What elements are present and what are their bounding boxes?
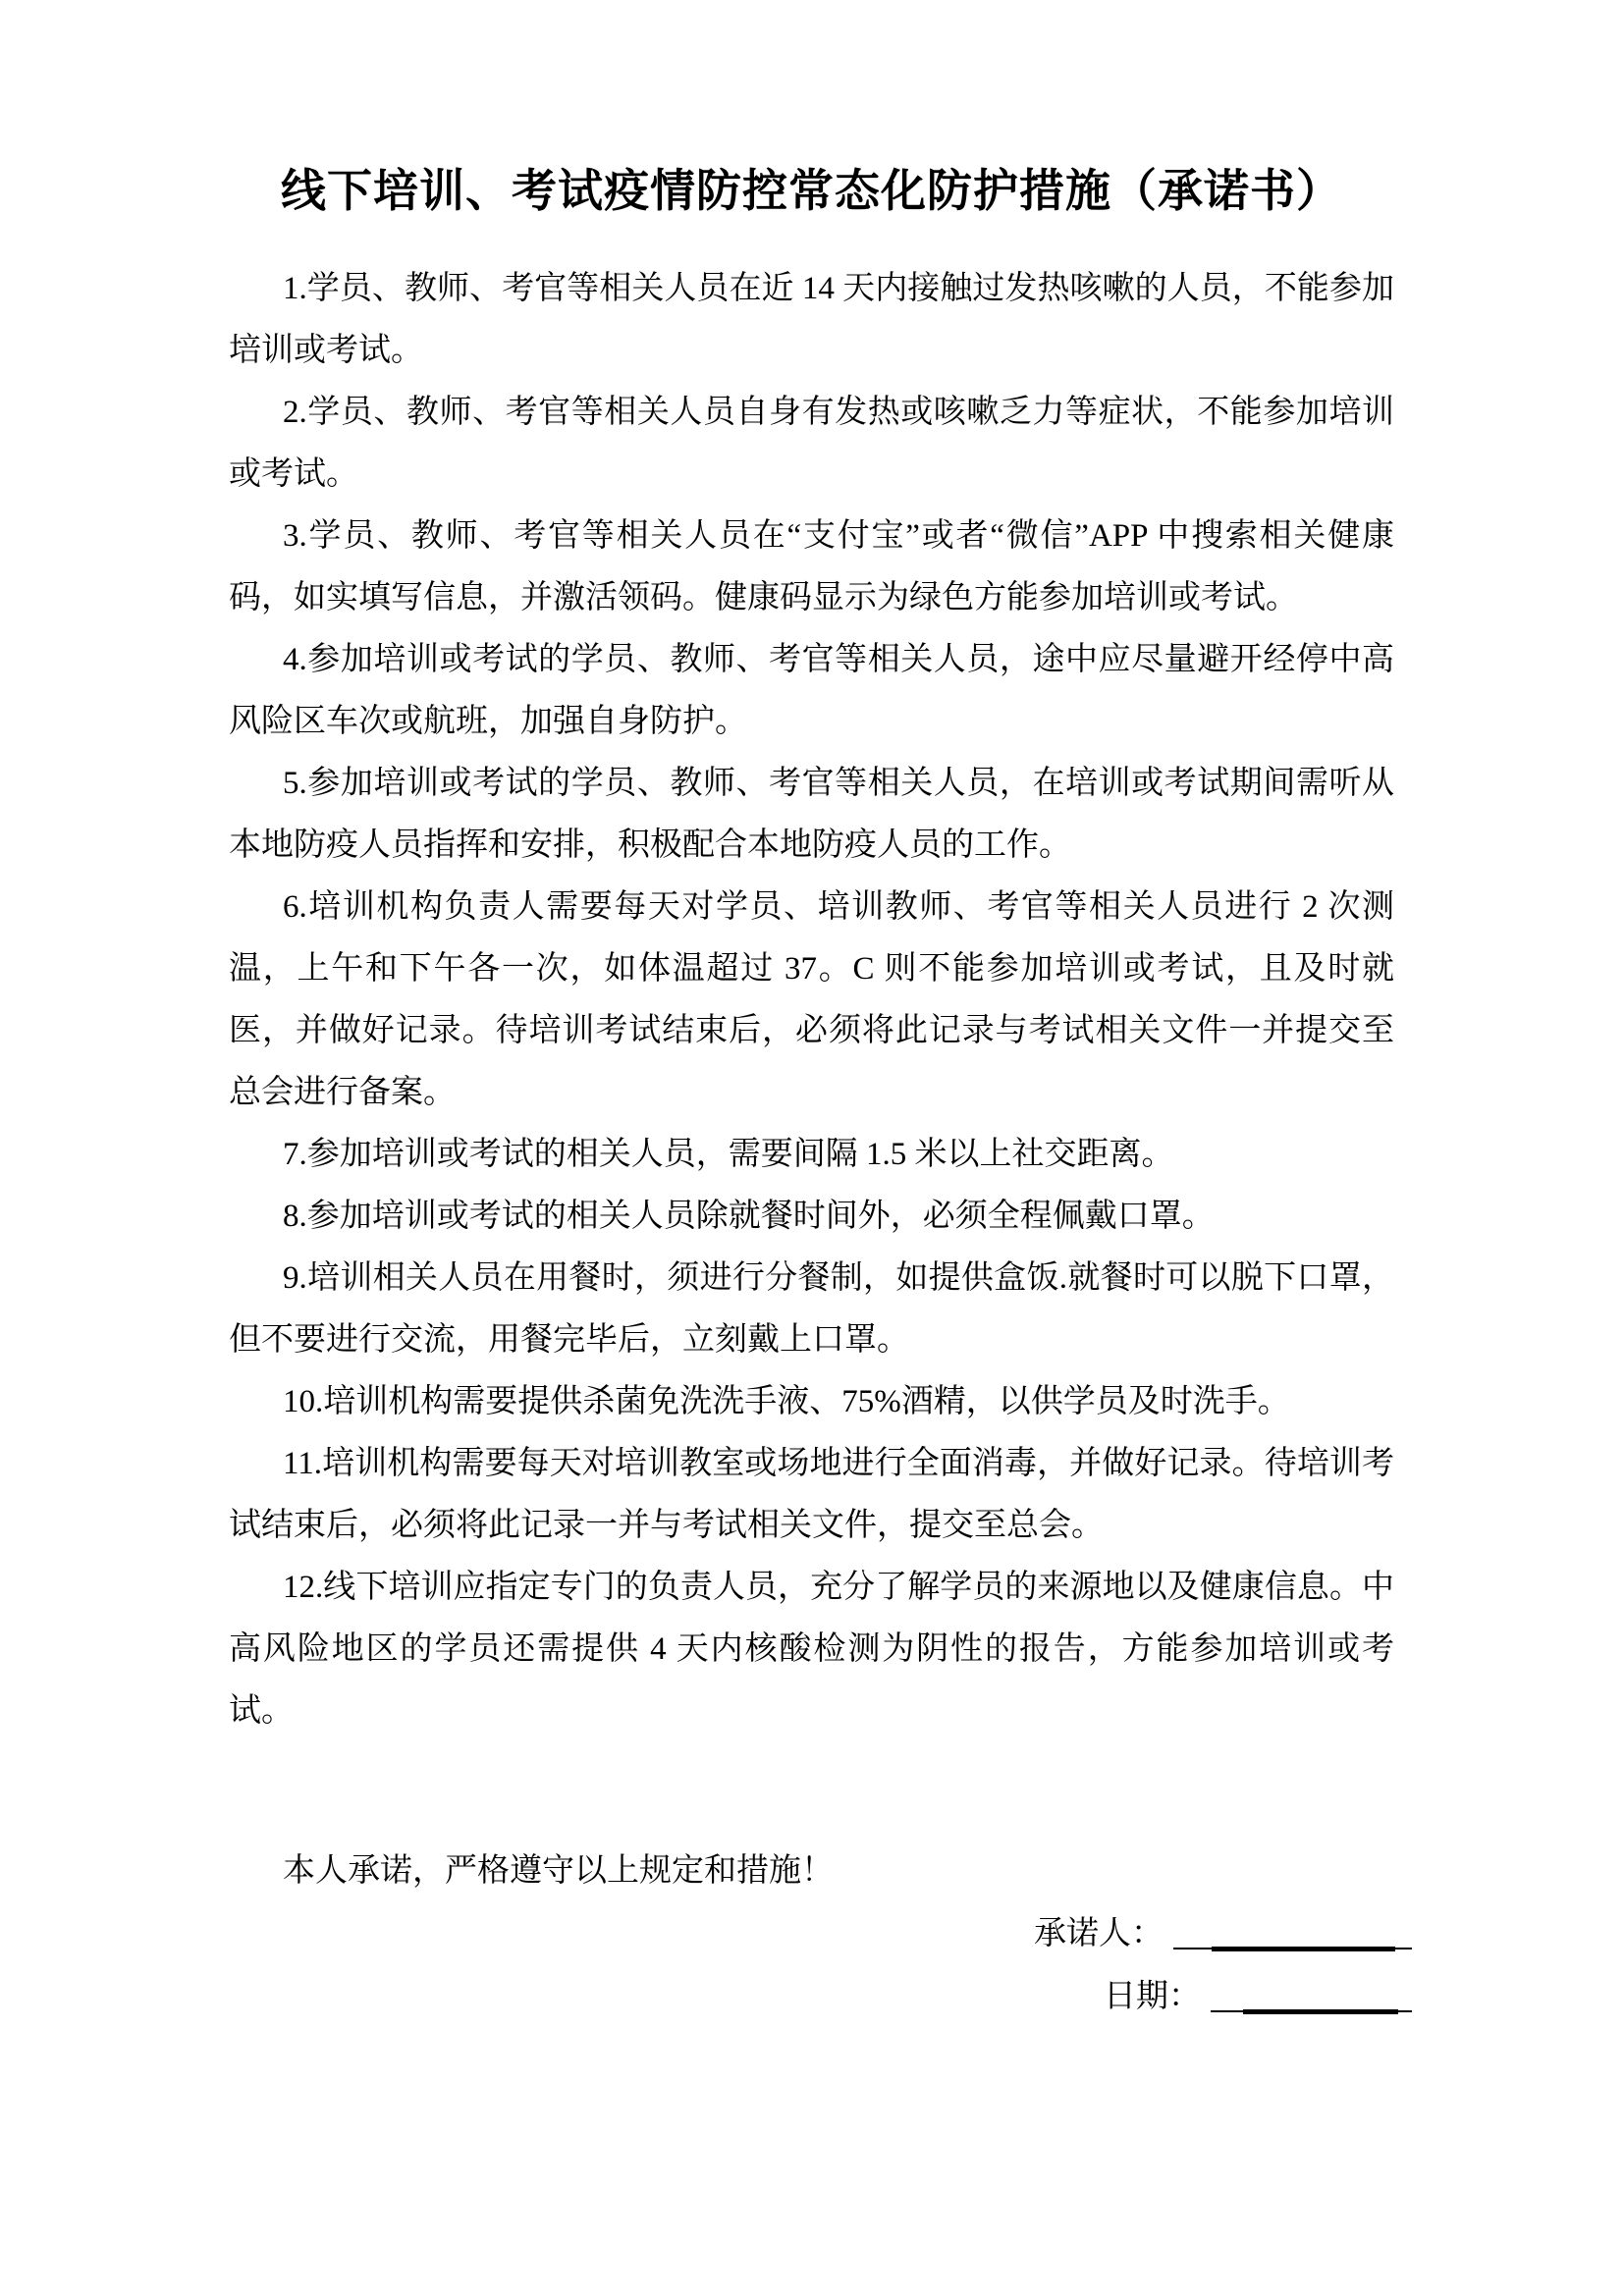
date-label: 日期： <box>1104 1965 1201 2028</box>
measure-paragraph-9: 9.培训相关人员在用餐时，须进行分餐制，如提供盒饭.就餐时可以脱下口罩，但不要进… <box>229 1248 1394 1371</box>
signer-row: 承诺人： <box>229 1902 1412 1965</box>
measure-paragraph-6: 6.培训机构负责人需要每天对学员、培训教师、考官等相关人员进行 2 次测温，上午… <box>229 877 1394 1124</box>
document-page: 线下培训、考试疫情防控常态化防护措施（承诺书） 1.学员、教师、考官等相关人员在… <box>0 0 1624 2296</box>
signer-label: 承诺人： <box>1034 1902 1164 1965</box>
document-title: 线下培训、考试疫情防控常态化防护措施（承诺书） <box>229 160 1394 223</box>
date-blank-line <box>1211 1977 1412 2012</box>
measure-paragraph-3: 3.学员、教师、考官等相关人员在“支付宝”或者“微信”APP 中搜索相关健康码，… <box>229 506 1394 629</box>
measure-paragraph-5: 5.参加培训或考试的学员、教师、考官等相关人员，在培训或考试期间需听从本地防疫人… <box>229 753 1394 877</box>
measure-paragraph-7: 7.参加培训或考试的相关人员，需要间隔 1.5 米以上社交距离。 <box>229 1124 1394 1186</box>
measure-paragraph-4: 4.参加培训或考试的学员、教师、考官等相关人员，途中应尽量避开经停中高风险区车次… <box>229 629 1394 753</box>
commitment-statement: 本人承诺，严格遵守以上规定和措施！ <box>229 1841 1394 1902</box>
measure-paragraph-1: 1.学员、教师、考官等相关人员在近 14 天内接触过发热咳嗽的人员，不能参加培训… <box>229 258 1394 382</box>
measure-paragraph-11: 11.培训机构需要每天对培训教室或场地进行全面消毒，并做好记录。待培训考试结束后… <box>229 1433 1394 1557</box>
measure-paragraph-12: 12.线下培训应指定专门的负责人员，充分了解学员的来源地以及健康信息。中高风险地… <box>229 1557 1394 1742</box>
signer-blank-line <box>1173 1914 1412 1949</box>
date-row: 日期： <box>229 1965 1412 2028</box>
measure-paragraph-2: 2.学员、教师、考官等相关人员自身有发热或咳嗽乏力等症状，不能参加培训或考试。 <box>229 382 1394 506</box>
measure-paragraph-10: 10.培训机构需要提供杀菌免洗洗手液、75%酒精，以供学员及时洗手。 <box>229 1371 1394 1433</box>
measure-paragraph-8: 8.参加培训或考试的相关人员除就餐时间外，必须全程佩戴口罩。 <box>229 1186 1394 1248</box>
